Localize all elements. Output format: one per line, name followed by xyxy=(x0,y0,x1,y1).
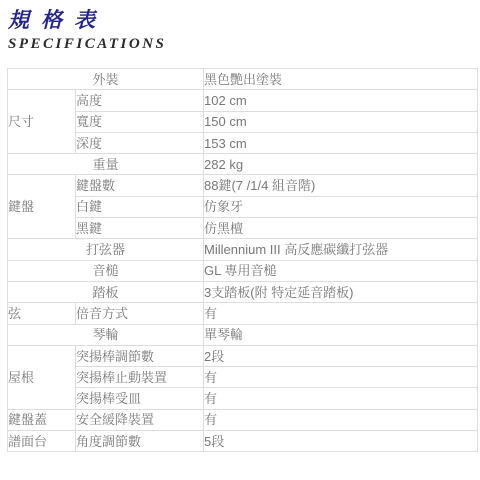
spec-row: 外裝黑色艷出塗裝 xyxy=(8,69,478,90)
spec-value-cell: Millennium III 高反應碳纖打弦器 xyxy=(204,239,478,260)
spec-label-cell: 白鍵 xyxy=(76,196,204,217)
spec-row: 白鍵仿象牙 xyxy=(8,196,478,217)
spec-value-cell: 5段 xyxy=(204,431,478,452)
spec-merged-cell: 重量 xyxy=(8,154,204,175)
spec-row: 譜面台角度調節數5段 xyxy=(8,431,478,452)
page-subtitle: SPECIFICATIONS xyxy=(8,36,166,53)
spec-merged-cell: 音槌 xyxy=(8,260,204,281)
spec-value-cell: 單琴輪 xyxy=(204,324,478,345)
spec-merged-cell: 打弦器 xyxy=(8,239,204,260)
spec-group-cell: 弦 xyxy=(8,303,76,324)
spec-row: 音槌GL 專用音槌 xyxy=(8,260,478,281)
spec-value-cell: 有 xyxy=(204,409,478,430)
spec-group-cell: 譜面台 xyxy=(8,431,76,452)
spec-value-cell: GL 專用音槌 xyxy=(204,260,478,281)
spec-group-cell: 屋根 xyxy=(8,345,76,409)
spec-row: 深度153 cm xyxy=(8,132,478,153)
spec-label-cell: 安全緩降裝置 xyxy=(76,409,204,430)
spec-value-cell: 102 cm xyxy=(204,90,478,111)
spec-merged-cell: 琴輪 xyxy=(8,324,204,345)
spec-row: 屋根突揚棒調節數2段 xyxy=(8,345,478,366)
spec-value-cell: 仿象牙 xyxy=(204,196,478,217)
spec-group-cell: 尺寸 xyxy=(8,90,76,154)
spec-table: 外裝黑色艷出塗裝尺寸高度102 cm寬度150 cm深度153 cm重量282 … xyxy=(7,68,478,452)
spec-row: 鍵盤蓋安全緩降裝置有 xyxy=(8,409,478,430)
spec-row: 鍵盤鍵盤數88鍵(7 /1/4 組音階) xyxy=(8,175,478,196)
spec-row: 寬度150 cm xyxy=(8,111,478,132)
spec-value-cell: 150 cm xyxy=(204,111,478,132)
spec-value-cell: 仿黑檀 xyxy=(204,218,478,239)
page-title: 規格表 xyxy=(8,4,107,34)
spec-value-cell: 有 xyxy=(204,303,478,324)
spec-value-cell: 153 cm xyxy=(204,132,478,153)
spec-label-cell: 突揚棒調節數 xyxy=(76,345,204,366)
spec-value-cell: 282 kg xyxy=(204,154,478,175)
spec-value-cell: 2段 xyxy=(204,345,478,366)
spec-value-cell: 有 xyxy=(204,388,478,409)
spec-value-cell: 有 xyxy=(204,367,478,388)
spec-row: 黑鍵仿黑檀 xyxy=(8,218,478,239)
spec-label-cell: 突揚棒受皿 xyxy=(76,388,204,409)
spec-merged-cell: 踏板 xyxy=(8,281,204,302)
spec-row: 琴輪單琴輪 xyxy=(8,324,478,345)
spec-row: 突揚棒止動裝置有 xyxy=(8,367,478,388)
spec-row: 弦倍音方式有 xyxy=(8,303,478,324)
spec-label-cell: 高度 xyxy=(76,90,204,111)
spec-value-cell: 黑色艷出塗裝 xyxy=(204,69,478,90)
spec-row: 打弦器Millennium III 高反應碳纖打弦器 xyxy=(8,239,478,260)
spec-label-cell: 倍音方式 xyxy=(76,303,204,324)
spec-row: 踏板3支踏板(附 特定延音踏板) xyxy=(8,281,478,302)
spec-label-cell: 黑鍵 xyxy=(76,218,204,239)
spec-row: 突揚棒受皿有 xyxy=(8,388,478,409)
spec-merged-cell: 外裝 xyxy=(8,69,204,90)
spec-page: 規格表 SPECIFICATIONS 外裝黑色艷出塗裝尺寸高度102 cm寬度1… xyxy=(0,0,480,480)
spec-label-cell: 深度 xyxy=(76,132,204,153)
spec-table-body: 外裝黑色艷出塗裝尺寸高度102 cm寬度150 cm深度153 cm重量282 … xyxy=(8,69,478,452)
spec-label-cell: 鍵盤數 xyxy=(76,175,204,196)
spec-label-cell: 角度調節數 xyxy=(76,431,204,452)
spec-row: 尺寸高度102 cm xyxy=(8,90,478,111)
spec-row: 重量282 kg xyxy=(8,154,478,175)
spec-value-cell: 3支踏板(附 特定延音踏板) xyxy=(204,281,478,302)
spec-group-cell: 鍵盤蓋 xyxy=(8,409,76,430)
spec-group-cell: 鍵盤 xyxy=(8,175,76,239)
spec-value-cell: 88鍵(7 /1/4 組音階) xyxy=(204,175,478,196)
spec-label-cell: 突揚棒止動裝置 xyxy=(76,367,204,388)
spec-label-cell: 寬度 xyxy=(76,111,204,132)
